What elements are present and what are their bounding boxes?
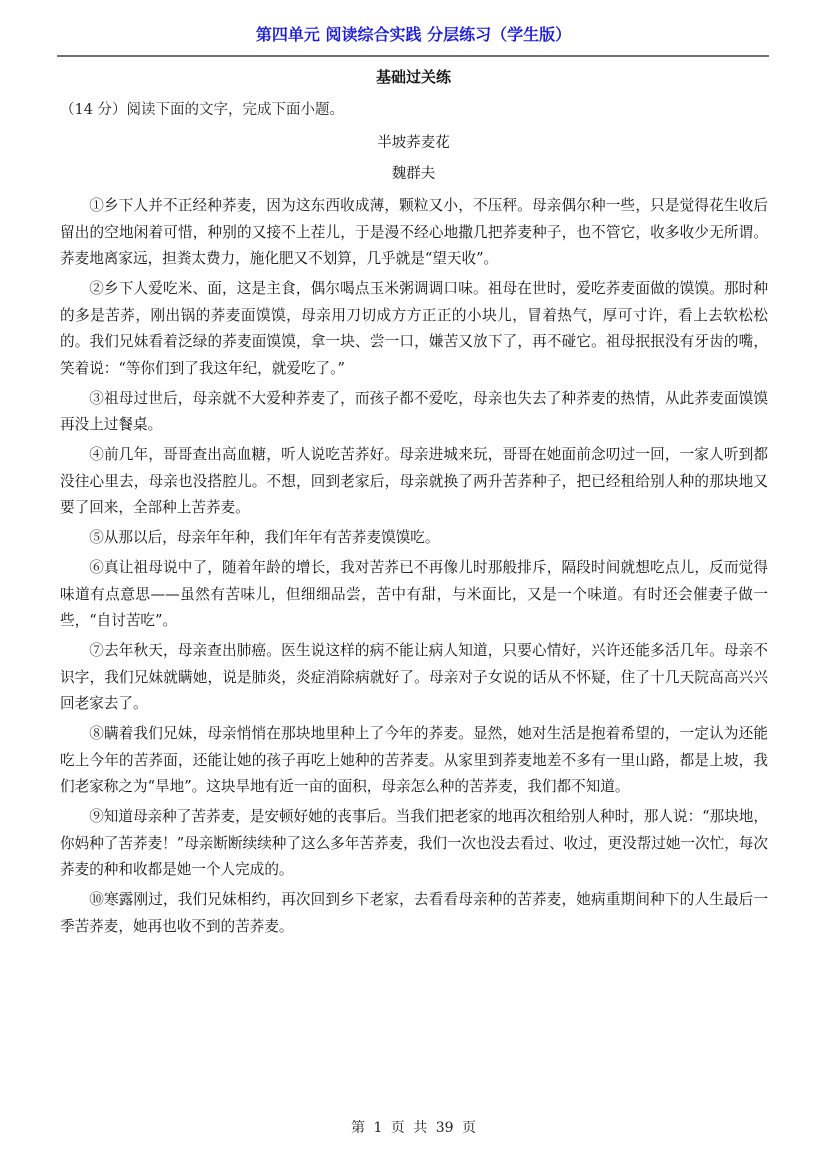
page-number: 第 1 页 共 39 页 — [0, 1117, 827, 1137]
paragraph-6: ⑥真让祖母说中了，随着年龄的增长，我对苦荞已不再像儿时那般排斥，隔段时间就想吃点… — [60, 555, 768, 635]
paragraph-8: ⑧瞒着我们兄妹，母亲悄悄在那块地里种上了今年的荞麦。显然，她对生活是抱着希望的，… — [60, 721, 768, 801]
paragraph-1: ①乡下人并不正经种荞麦，因为这东西收成薄，颗粒又小，不压秤。母亲偶尔种一些，只是… — [60, 193, 768, 273]
document-header-title: 第四单元 阅读综合实践 分层练习（学生版） — [0, 22, 827, 45]
paragraph-7: ⑦去年秋天，母亲查出肺癌。医生说这样的病不能让病人知道，只要心情好，兴许还能多活… — [60, 638, 768, 718]
paragraph-10: ⑩寒露刚过，我们兄妹相约，再次回到乡下老家，去看看母亲种的苦荞麦，她病重期间种下… — [60, 887, 768, 940]
paragraph-2: ②乡下人爱吃米、面，这是主食，偶尔喝点玉米粥调调口味。祖母在世时，爱吃荞麦面做的… — [60, 276, 768, 382]
section-title: 基础过关练 — [0, 66, 827, 87]
paragraph-4: ④前几年，哥哥查出高血糖，听人说吃苦荞好。母亲进城来玩，哥哥在她面前念叨过一回，… — [60, 442, 768, 522]
header-divider — [57, 55, 769, 57]
article-body: ①乡下人并不正经种荞麦，因为这东西收成薄，颗粒又小，不压秤。母亲偶尔种一些，只是… — [60, 193, 768, 944]
paragraph-5: ⑤从那以后，母亲年年种，我们年年有苦荞麦馍馍吃。 — [60, 525, 768, 552]
paragraph-9: ⑨知道母亲种了苦荞麦，是安顿好她的丧事后。当我们把老家的地再次租给别人种时，那人… — [60, 804, 768, 884]
article-author: 魏群夫 — [0, 162, 827, 183]
question-instruction: （14 分）阅读下面的文字，完成下面小题。 — [60, 98, 344, 119]
paragraph-3: ③祖母过世后，母亲就不大爱种荞麦了，而孩子都不爱吃，母亲也失去了种荞麦的热情，从… — [60, 386, 768, 439]
article-title: 半坡荞麦花 — [0, 131, 827, 152]
